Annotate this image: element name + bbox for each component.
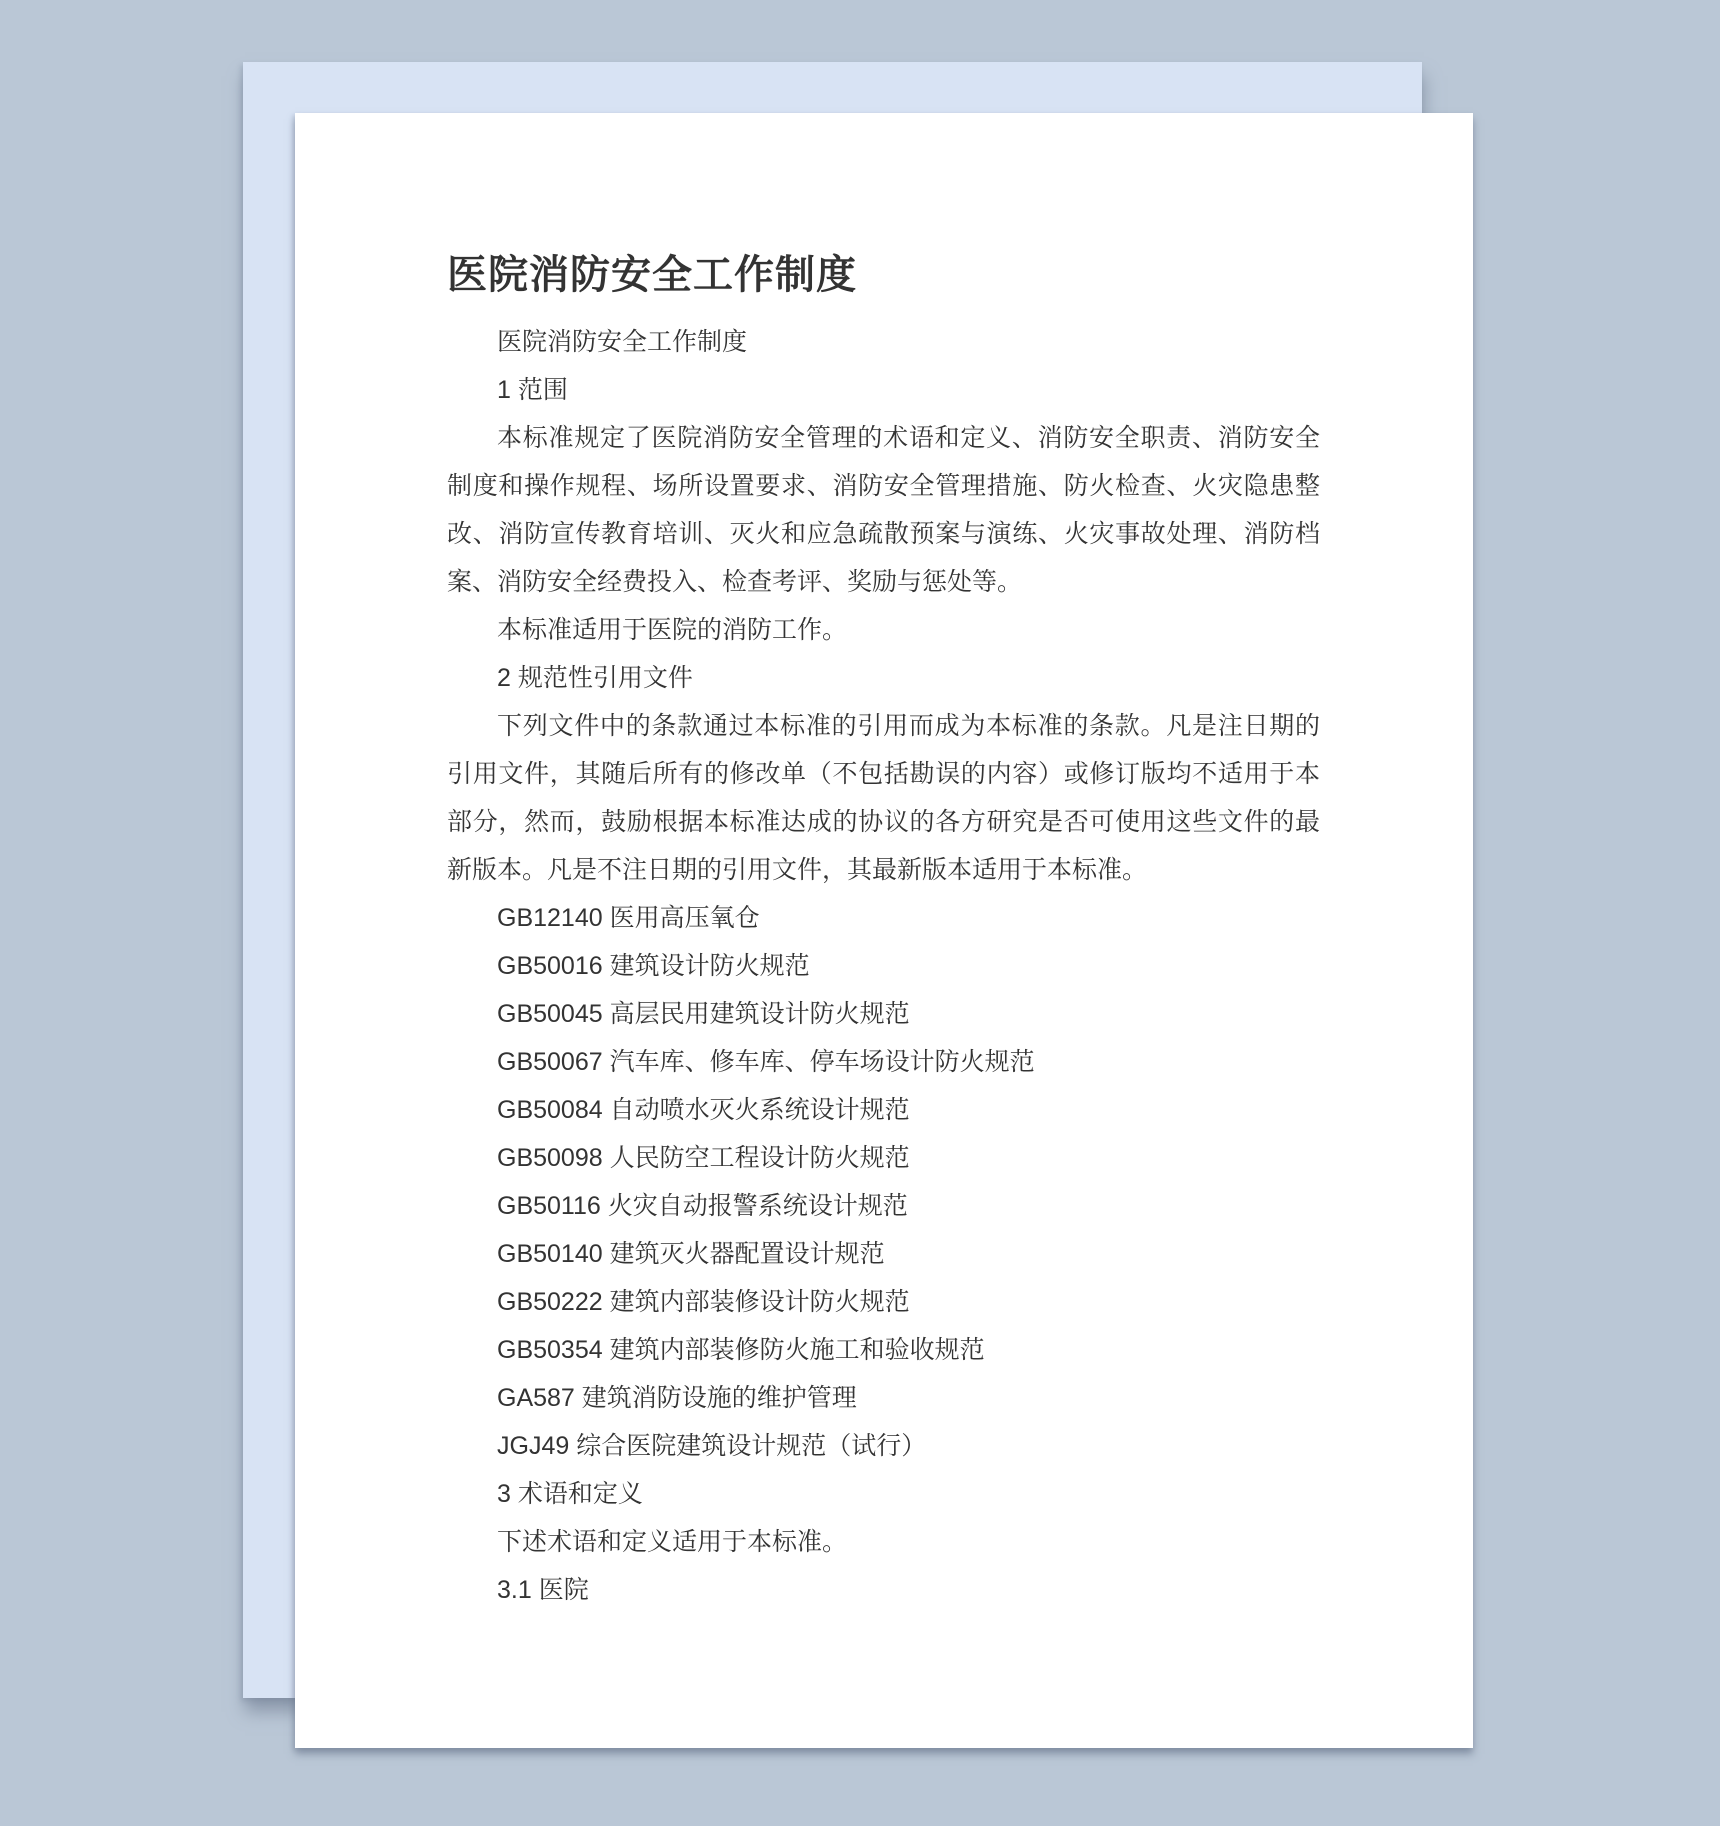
document-line: 本标准规定了医院消防安全管理的术语和定义、消防安全职责、消防安全 — [447, 414, 1320, 462]
document-line: 部分，然而，鼓励根据本标准达成的协议的各方研究是否可使用这些文件的最 — [447, 798, 1320, 846]
document-line: 新版本。凡是不注日期的引用文件，其最新版本适用于本标准。 — [447, 846, 1320, 894]
document-line: GB50016 建筑设计防火规范 — [447, 942, 1320, 990]
document-line: JGJ49 综合医院建筑设计规范（试行） — [447, 1422, 1320, 1470]
document-line: GA587 建筑消防设施的维护管理 — [447, 1374, 1320, 1422]
document-body: 医院消防安全工作制度1 范围本标准规定了医院消防安全管理的术语和定义、消防安全职… — [447, 318, 1320, 1614]
desktop-background: 医院消防安全工作制度 医院消防安全工作制度1 范围本标准规定了医院消防安全管理的… — [0, 0, 1720, 1826]
document-title: 医院消防安全工作制度 — [447, 251, 857, 299]
document-line: GB50140 建筑灭火器配置设计规范 — [447, 1230, 1320, 1278]
document-line: GB12140 医用高压氧仓 — [447, 894, 1320, 942]
document-line: 2 规范性引用文件 — [447, 654, 1320, 702]
document-line: GB50084 自动喷水灭火系统设计规范 — [447, 1086, 1320, 1134]
document-line: GB50116 火灾自动报警系统设计规范 — [447, 1182, 1320, 1230]
document-line: GB50045 高层民用建筑设计防火规范 — [447, 990, 1320, 1038]
document-line: GB50222 建筑内部装修设计防火规范 — [447, 1278, 1320, 1326]
document-line: GB50098 人民防空工程设计防火规范 — [447, 1134, 1320, 1182]
document-line: 下列文件中的条款通过本标准的引用而成为本标准的条款。凡是注日期的 — [447, 702, 1320, 750]
document-line: 下述术语和定义适用于本标准。 — [447, 1518, 1320, 1566]
document-line: GB50067 汽车库、修车库、停车场设计防火规范 — [447, 1038, 1320, 1086]
document-line: 本标准适用于医院的消防工作。 — [447, 606, 1320, 654]
document-line: 医院消防安全工作制度 — [447, 318, 1320, 366]
document-page: 医院消防安全工作制度 医院消防安全工作制度1 范围本标准规定了医院消防安全管理的… — [295, 113, 1473, 1748]
document-line: 3 术语和定义 — [447, 1470, 1320, 1518]
document-line: GB50354 建筑内部装修防火施工和验收规范 — [447, 1326, 1320, 1374]
document-line: 引用文件，其随后所有的修改单（不包括勘误的内容）或修订版均不适用于本 — [447, 750, 1320, 798]
document-line: 1 范围 — [447, 366, 1320, 414]
document-line: 制度和操作规程、场所设置要求、消防安全管理措施、防火检查、火灾隐患整 — [447, 462, 1320, 510]
document-line: 改、消防宣传教育培训、灭火和应急疏散预案与演练、火灾事故处理、消防档 — [447, 510, 1320, 558]
document-line: 案、消防安全经费投入、检查考评、奖励与惩处等。 — [447, 558, 1320, 606]
document-line: 3.1 医院 — [447, 1566, 1320, 1614]
